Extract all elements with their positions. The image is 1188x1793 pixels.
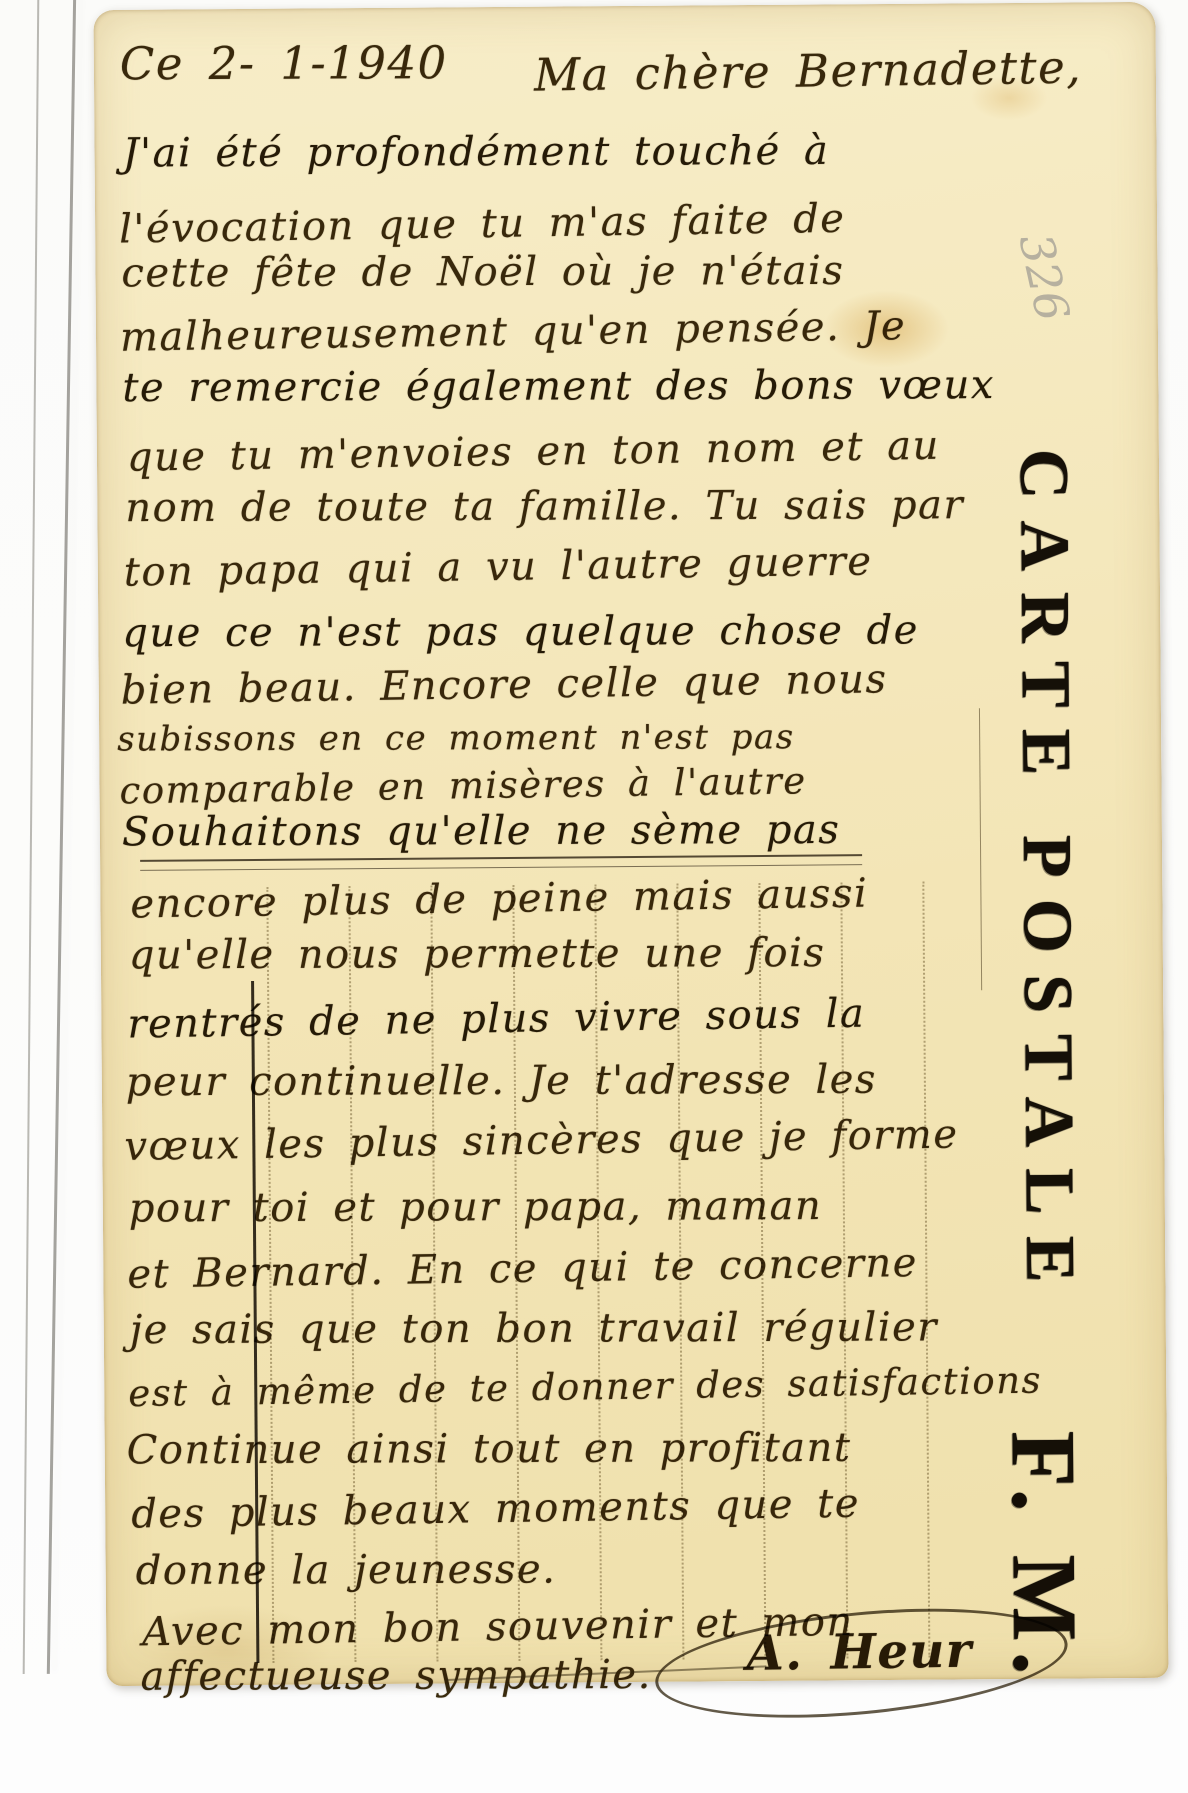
handwriting-line: Souhaitons qu'elle ne sème pas — [122, 810, 841, 853]
handwriting-salutation: Ma chère Bernadette, — [534, 45, 1083, 98]
handwriting-line: donne la jeunesse. — [136, 1550, 557, 1591]
handwriting-line: encore plus de peine mais aussi — [130, 874, 868, 925]
handwriting-date: Ce 2- 1-1940 — [120, 40, 448, 86]
handwriting-line: des plus beaux moments que te — [131, 1484, 860, 1535]
handwriting-line: subissons en ce moment n'est pas — [117, 720, 795, 756]
handwriting-line: pour toi et pour papa, maman — [129, 1186, 822, 1228]
handwriting-line: rentrés de ne plus vivre sous la — [127, 994, 865, 1045]
printed-address-dotted-line — [922, 882, 930, 1658]
printed-address-thin-line — [979, 708, 982, 990]
handwriting-line: que ce n'est pas quelque chose de — [122, 610, 919, 653]
handwriting-line: Continue ainsi tout en profitant — [127, 1428, 852, 1471]
signature: A. Heur — [746, 1627, 973, 1678]
postcard: CARTE POSTALE F. M. 326 Ce 2- 1-1940 Ma … — [93, 2, 1168, 1686]
paper-edge-line — [47, 0, 76, 1674]
handwriting-line: je sais que ton bon travail régulier — [130, 1307, 938, 1350]
handwriting-line: te remercie également des bons vœux — [122, 365, 995, 408]
pencil-note: 326 — [1008, 229, 1080, 326]
printed-divider-double-line — [140, 854, 862, 871]
handwriting-line: vœux les plus sincères que je forme — [124, 1115, 959, 1167]
handwriting-line: ton papa qui a vu l'autre guerre — [124, 541, 873, 592]
handwriting-line: comparable en misères à l'autre — [119, 762, 807, 809]
handwriting-line: est à même de te donner des satisfaction… — [128, 1362, 1042, 1413]
handwriting-line: nom de toute ta famille. Tu sais par — [125, 485, 964, 528]
handwriting-line: l'évocation que tu m'as faite de — [119, 199, 846, 250]
handwriting-line: qu'elle nous permette une fois — [129, 933, 826, 975]
handwriting-line: que tu m'envoies en ton nom et au — [127, 426, 940, 478]
handwriting-line: bien beau. Encore celle que nous — [120, 659, 887, 710]
handwriting-line: cette fête de Noël où je n'étais — [121, 251, 844, 294]
paper-edge-line — [23, 0, 40, 1674]
handwriting-line: J'ai été profondément touché à — [122, 131, 829, 173]
handwriting-line: malheureusement qu'en pensée. Je — [120, 306, 907, 358]
handwriting-line: et Bernard. En ce qui te concerne — [127, 1243, 918, 1295]
handwriting-line: affectueuse sympathie. — [140, 1655, 651, 1697]
printed-carte-postale-title: CARTE POSTALE — [1003, 448, 1090, 1303]
scan-background: CARTE POSTALE F. M. 326 Ce 2- 1-1940 Ma … — [0, 0, 1188, 1793]
handwriting-line: peur continuelle. Je t'adresse les — [126, 1060, 877, 1103]
